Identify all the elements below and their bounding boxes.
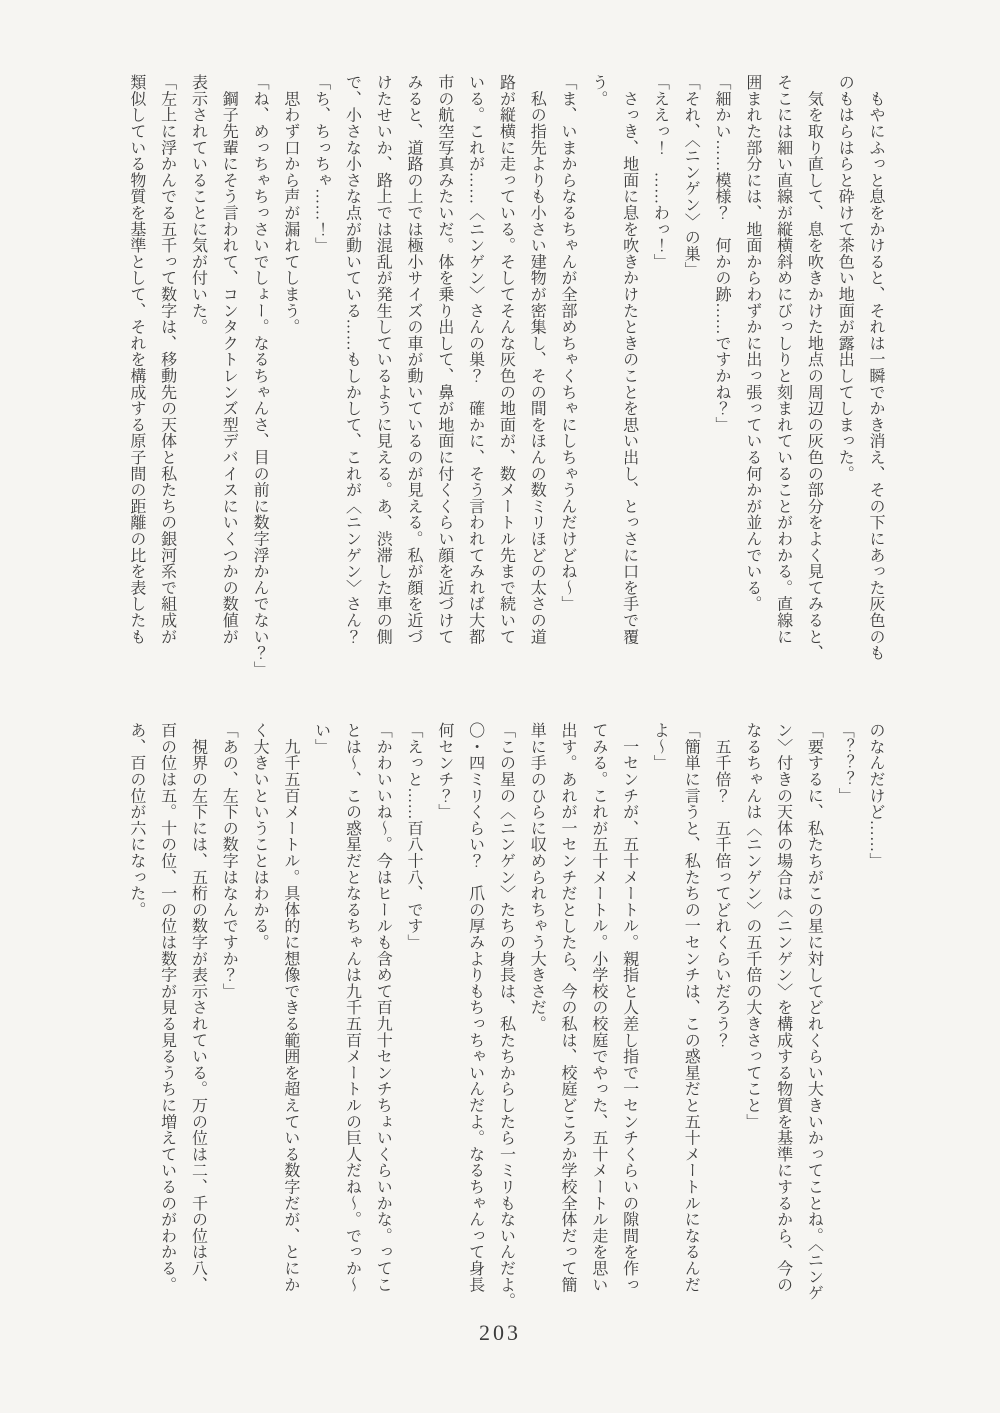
vertical-text-line: 「細かい……模様？ 何かの跡……ですかね？」 — [705, 74, 736, 682]
vertical-text-line: もやにふっと息をかけると、それは一瞬でかき消え、その下にあった灰色のも — [859, 74, 890, 682]
vertical-text-line: 「かわいいね〜。今はヒールも含めて百九十センチちょいくらいかな。ってこ — [366, 722, 397, 1330]
vertical-text-line: なるちゃんは〈ニンゲン〉の五千倍の大きさってこと」 — [736, 722, 767, 1330]
vertical-text-line: 路が縦横に走っている。そしてそんな灰色の地面が、数メートル先まで続いて — [490, 74, 521, 682]
vertical-text-line: 出す。あれが一センチだとしたら、今の私は、校庭どころか学校全体だって簡 — [551, 722, 582, 1330]
vertical-text-line: 気を取り直して、息を吹きかけた地点の周辺の灰色の部分をよく見てみると、 — [798, 74, 829, 682]
vertical-text-line: 「この星の〈ニンゲン〉たちの身長は、私たちからしたら一ミリもないんだよ。 — [490, 722, 521, 1330]
text-block-lower: のなんだけど……」「？？？」「要するに、私たちがこの星に対してどれくらい大きいか… — [120, 722, 890, 1330]
vertical-text-line: 表示されていることに気が付いた。 — [182, 74, 213, 682]
vertical-text-line: い」 — [305, 722, 336, 1330]
vertical-text-line: 思わず口から声が漏れてしまう。 — [274, 74, 305, 682]
vertical-text-line: 「ええっ！ ……わっ！」 — [644, 74, 675, 682]
vertical-text-line: 鋼子先輩にそう言われて、コンタクトレンズ型デバイスにいくつかの数値が — [212, 74, 243, 682]
vertical-text-line: ン〉付きの天体の場合は〈ニンゲン〉を構成する物質を基準にするから、今の — [767, 722, 798, 1330]
vertical-text-line: 「？？？」 — [828, 722, 859, 1330]
vertical-text-line: 「えっと……百八十八、です」 — [397, 722, 428, 1330]
vertical-text-line: う。 — [582, 74, 613, 682]
vertical-text-line: 「それ、〈ニンゲン〉の巣」 — [674, 74, 705, 682]
vertical-text-line: そこには細い直線が縦横斜めにびっしりと刻まれていることがわかる。直線に — [767, 74, 798, 682]
book-page: もやにふっと息をかけると、それは一瞬でかき消え、その下にあった灰色のものもはらは… — [0, 0, 1000, 1413]
vertical-text-line: 視界の左下には、五桁の数字が表示されている。万の位は二、千の位は八、 — [182, 722, 213, 1330]
vertical-text-line: のなんだけど……」 — [859, 722, 890, 1330]
vertical-text-line: 「ち、ちっちゃ……！」 — [305, 74, 336, 682]
vertical-text-line: 五千倍？ 五千倍ってどれくらいだろう？ — [705, 722, 736, 1330]
vertical-text-line: 一センチが、五十メートル。親指と人差し指で一センチくらいの隙間を作っ — [613, 722, 644, 1330]
vertical-text-line: 「要するに、私たちがこの星に対してどれくらい大きいかってことね。〈ニンゲ — [798, 722, 829, 1330]
vertical-text-line: 「ま、いまからなるちゃんが全部めちゃくちゃにしちゃうんだけどね〜」 — [551, 74, 582, 682]
vertical-text-line: 「あの、左下の数字はなんですか？」 — [212, 722, 243, 1330]
vertical-text-line: のもはらはらと砕けて茶色い地面が露出してしまった。 — [828, 74, 859, 682]
vertical-text-line: 類似している物質を基準として、それを構成する原子間の距離の比を表したも — [120, 74, 151, 682]
vertical-text-line: 九千五百メートル。具体的に想像できる範囲を超えている数字だが、とにか — [274, 722, 305, 1330]
vertical-text-line: く大きいということはわかる。 — [243, 722, 274, 1330]
vertical-text-line: 〇・四ミリくらい？ 爪の厚みよりもちっちゃいんだよ。なるちゃんって身長 — [459, 722, 490, 1330]
vertical-text-line: みると、道路の上では極小サイズの車が動いているのが見える。私が顔を近づ — [397, 74, 428, 682]
vertical-text-line: さっき、地面に息を吹きかけたときのことを思い出し、とっさに口を手で覆 — [613, 74, 644, 682]
vertical-text-line: 「簡単に言うと、私たちの一センチは、この惑星だと五十メートルになるんだ — [674, 722, 705, 1330]
vertical-text-line: 私の指先よりも小さい建物が密集し、その間をほんの数ミリほどの太さの道 — [520, 74, 551, 682]
vertical-text-line: よ〜」 — [644, 722, 675, 1330]
text-block-upper: もやにふっと息をかけると、それは一瞬でかき消え、その下にあった灰色のものもはらは… — [120, 74, 890, 682]
vertical-text-line: 「左上に浮かんでる五千って数字は、移動先の天体と私たちの銀河系で組成が — [151, 74, 182, 682]
vertical-text-line: てみる。これが五十メートル。小学校の校庭でやった、五十メートル走を思い — [582, 722, 613, 1330]
page-number: 203 — [0, 1320, 1000, 1346]
vertical-text-line: 百の位は五。十の位、一の位は数字が見る見るうちに増えているのがわかる。 — [151, 722, 182, 1330]
vertical-text-line: 「ね、めっちゃちっさいでしょー。なるちゃんさ、目の前に数字浮かんでない？」 — [243, 74, 274, 682]
vertical-text-line: 単に手のひらに収められちゃう大きさだ。 — [520, 722, 551, 1330]
vertical-text-line: 市の航空写真みたいだ。体を乗り出して、鼻が地面に付くくらい顔を近づけて — [428, 74, 459, 682]
vertical-text-line: けたせいか、路上では混乱が発生しているように見える。あ、渋滞した車の側 — [366, 74, 397, 682]
vertical-text-line: 囲まれた部分には、地面からわずかに出っ張っている何かが並んでいる。 — [736, 74, 767, 682]
vertical-text-line: とは〜、この惑星だとなるちゃんは九千五百メートルの巨人だね〜。でっか〜 — [336, 722, 367, 1330]
vertical-text-line: 何センチ？」 — [428, 722, 459, 1330]
vertical-text-line: いる。これが……〈ニンゲン〉さんの巣？ 確かに、そう言われてみれば大都 — [459, 74, 490, 682]
vertical-text-line: あ、百の位が六になった。 — [120, 722, 151, 1330]
vertical-text-line: で、小さな小さな点が動いている……もしかして、これが〈ニンゲン〉さん？ — [336, 74, 367, 682]
